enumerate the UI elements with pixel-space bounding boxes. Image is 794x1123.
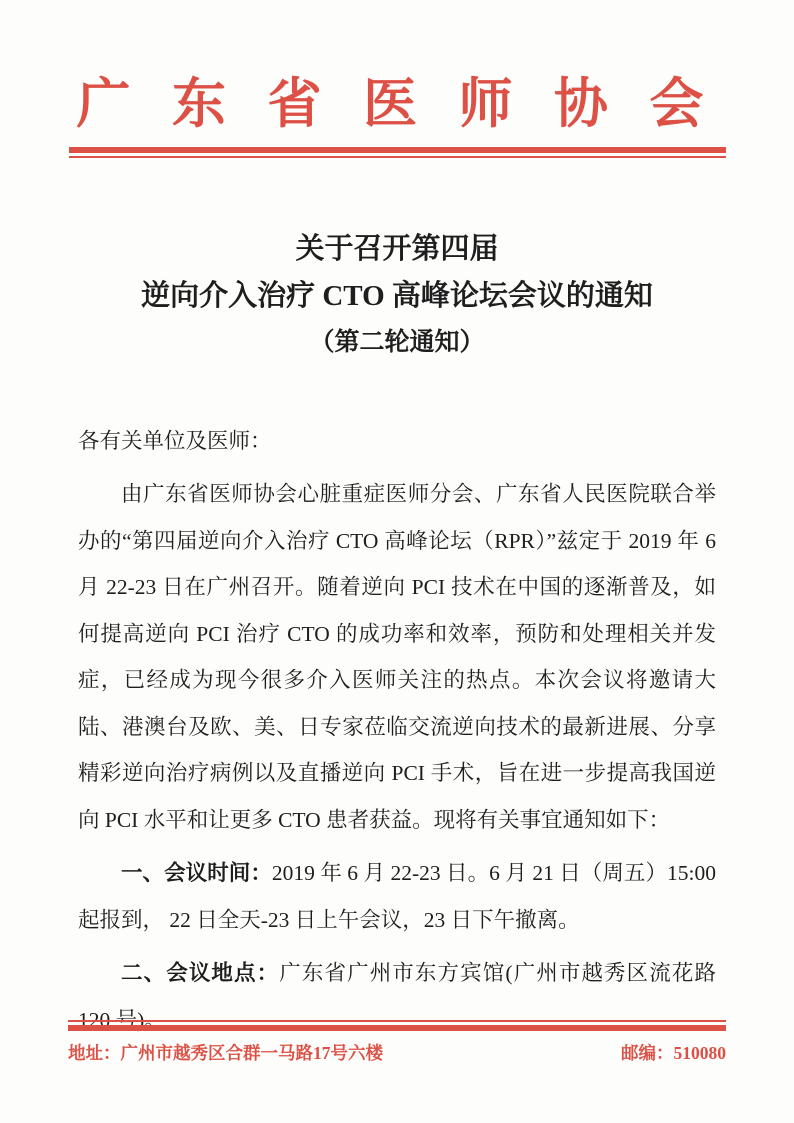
letterhead: 广 东 省 医 师 协 会 — [0, 0, 794, 158]
document-title: 关于召开第四届 逆向介入治疗 CTO 高峰论坛会议的通知 （第二轮通知） — [0, 226, 794, 366]
footer-postcode: 邮编：510080 — [621, 1040, 726, 1065]
title-line-2: 逆向介入治疗 CTO 高峰论坛会议的通知 — [0, 272, 794, 320]
title-line-3: （第二轮通知） — [0, 320, 794, 366]
meeting-time-label: 一、会议时间： — [121, 861, 272, 885]
title-line-1: 关于召开第四届 — [0, 226, 794, 272]
footer-address: 地址：广州市越秀区合群一马路17号六楼 — [68, 1040, 383, 1065]
footer-rules — [68, 1020, 726, 1031]
salutation: 各有关单位及医师： — [78, 418, 716, 465]
meeting-place-label: 二、会议地点： — [121, 961, 279, 985]
notice-document-page: 广 东 省 医 师 协 会 关于召开第四届 逆向介入治疗 CTO 高峰论坛会议的… — [0, 0, 794, 1123]
footer: 地址：广州市越秀区合群一马路17号六楼 邮编：510080 — [68, 1020, 726, 1065]
footer-rule-thick — [68, 1025, 726, 1031]
paragraph-introduction: 由广东省医师协会心脏重症医师分会、广东省人民医院联合举办的“第四届逆向介入治疗 … — [78, 471, 716, 843]
organization-name: 广 东 省 医 师 协 会 — [0, 72, 794, 137]
letterhead-rule-thin — [69, 156, 726, 158]
footer-contact-row: 地址：广州市越秀区合群一马路17号六楼 邮编：510080 — [68, 1040, 726, 1065]
notice-body: 各有关单位及医师： 由广东省医师协会心脏重症医师分会、广东省人民医院联合举办的“… — [78, 418, 716, 1044]
paragraph-meeting-time: 一、会议时间：2019 年 6 月 22-23 日。6 月 21 日（周五）15… — [78, 850, 716, 943]
letterhead-rules — [69, 147, 726, 158]
